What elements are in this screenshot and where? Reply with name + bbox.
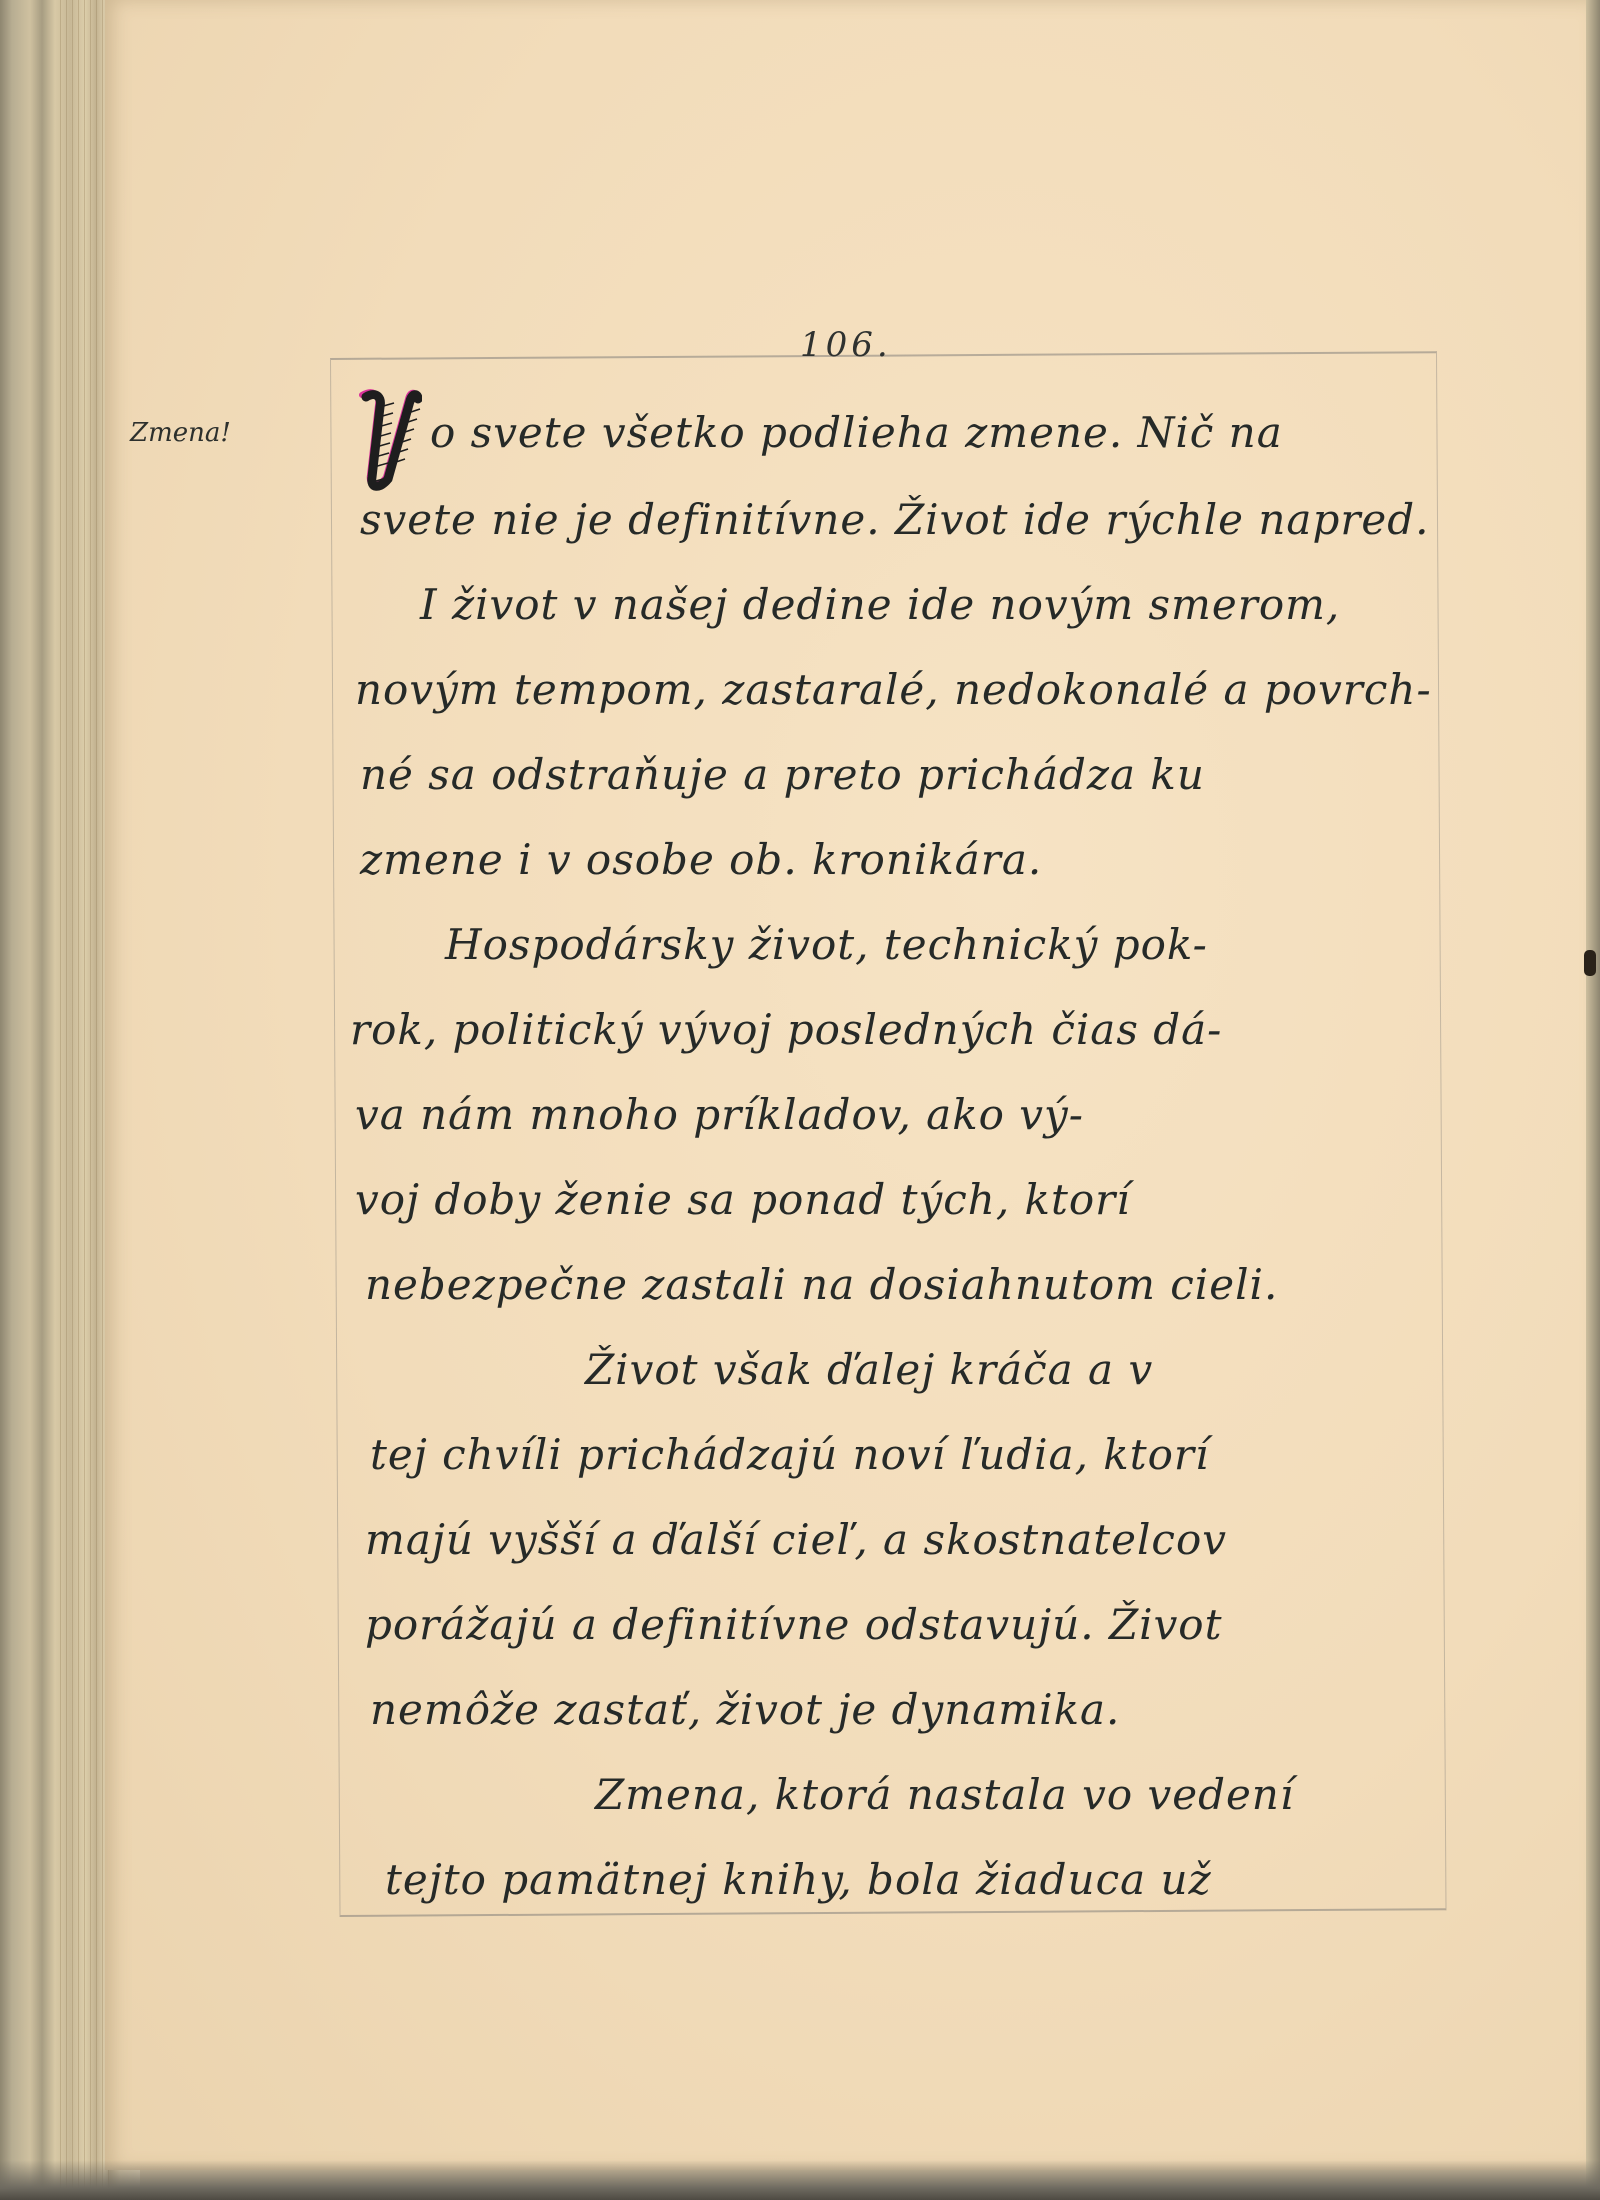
text-line-11: nebezpečne zastali na dosiahnutom cieli. <box>365 1260 1278 1309</box>
page-edges <box>60 0 110 2200</box>
text-line-13: tej chvíli prichádzajú noví ľudia, ktorí <box>370 1430 1209 1479</box>
margin-note: Zmena! <box>130 418 231 448</box>
text-line-17: Zmena, ktorá nastala vo vedení <box>595 1770 1294 1819</box>
text-line-4: novým tempom, zastaralé, nedokonalé a po… <box>355 665 1432 714</box>
decorated-initial-v-icon <box>350 385 422 495</box>
right-page-edge <box>1586 0 1600 2200</box>
scanner-bottom-shadow <box>0 2160 1600 2200</box>
text-line-1: o svete všetko podlieha zmene. Nič na <box>430 408 1283 457</box>
text-line-15: porážajú a definitívne odstavujú. Život <box>365 1600 1222 1649</box>
text-line-10: voj doby ženie sa ponad tých, ktorí <box>355 1175 1131 1224</box>
text-line-18: tejto pamätnej knihy, bola žiaduca už <box>385 1855 1212 1904</box>
text-line-5: né sa odstraňuje a preto prichádza ku <box>360 750 1205 799</box>
text-line-2: svete nie je definitívne. Život ide rých… <box>360 495 1430 544</box>
page-number: 106. <box>800 325 892 365</box>
binding-hole-mark <box>1584 950 1596 976</box>
text-line-3: I život v našej dedine ide novým smerom, <box>420 580 1340 629</box>
text-line-16: nemôže zastať, život je dynamika. <box>370 1685 1120 1734</box>
text-line-9: va nám mnoho príkladov, ako vý- <box>355 1090 1084 1139</box>
text-line-8: rok, politický vývoj posledných čias dá- <box>350 1005 1222 1054</box>
scanned-page: 106. Zmena! o svete všetko podlieha zmen… <box>0 0 1600 2200</box>
text-line-12: Život však ďalej kráča a v <box>585 1345 1153 1394</box>
text-line-14: majú vyšší a ďalší cieľ, a skostnatelcov <box>365 1515 1227 1564</box>
text-line-7: Hospodársky život, technický pok- <box>445 920 1208 969</box>
text-line-6: zmene i v osobe ob. kronikára. <box>360 835 1042 884</box>
